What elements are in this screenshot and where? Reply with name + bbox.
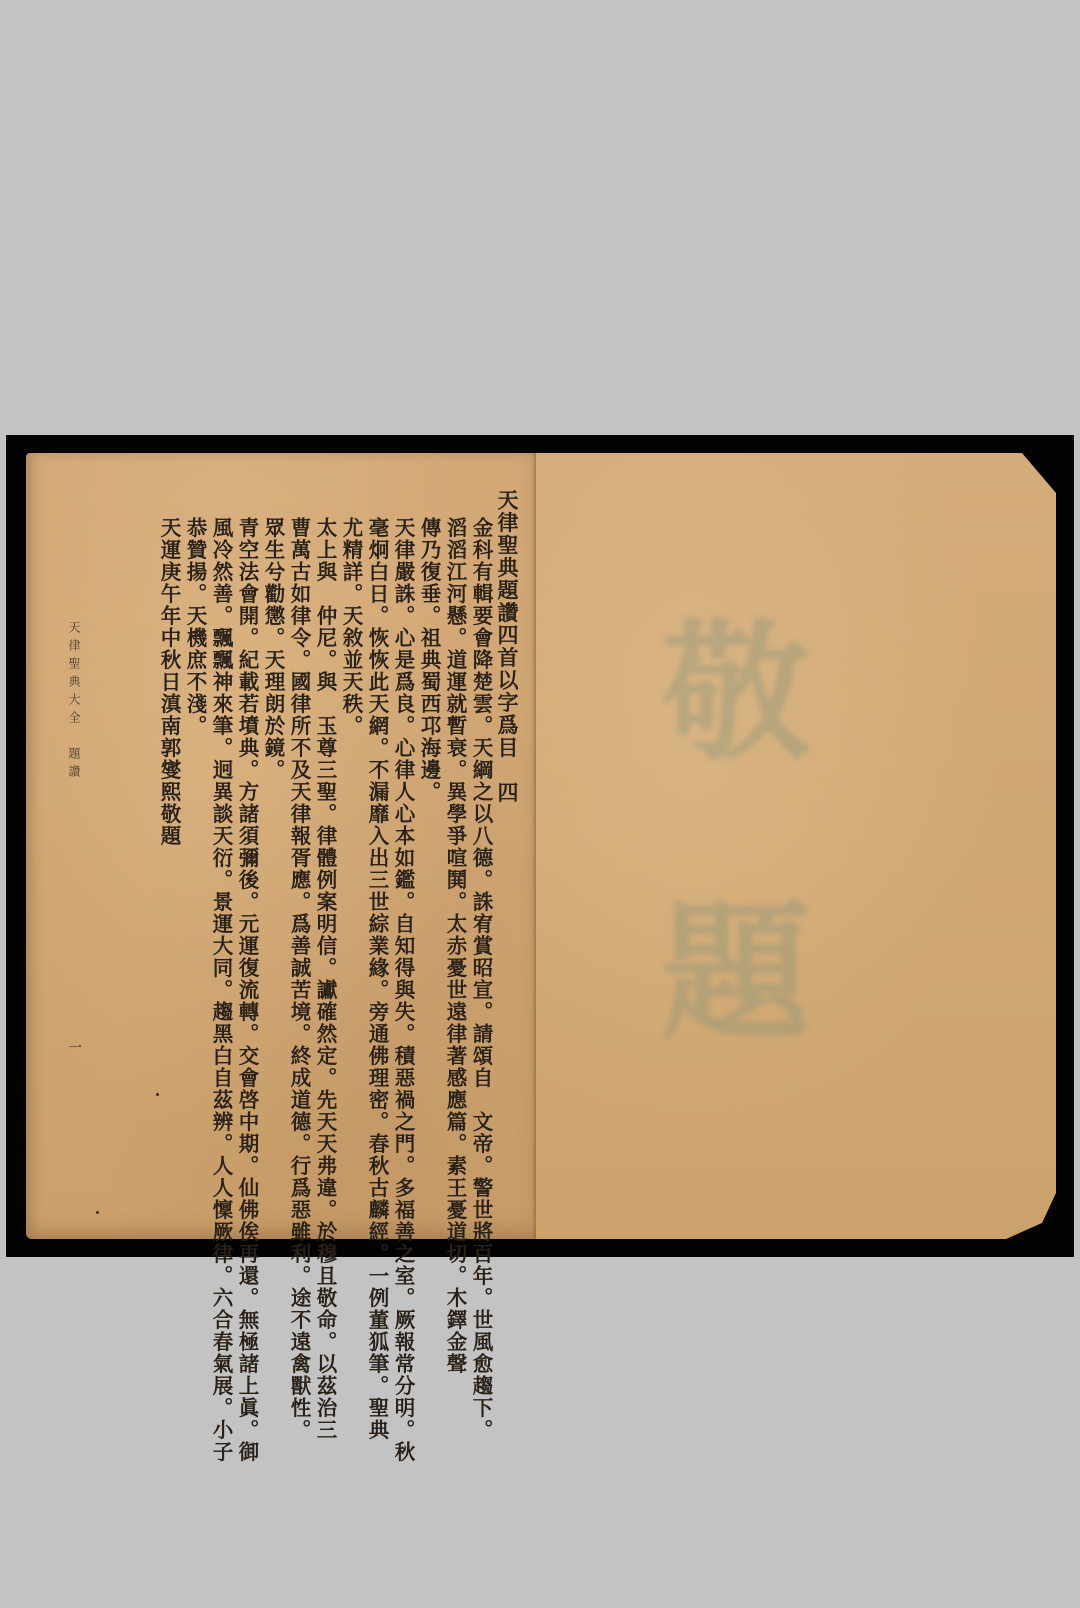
running-head: 天律聖典大全 題讚 bbox=[66, 621, 83, 783]
paper-blemish bbox=[156, 1093, 159, 1096]
text-column: 風冷然善。飄飄神來筆。迥異談天衍。景運大同。趨黑白自茲辨。人人懍厥律。六合春氣展… bbox=[208, 517, 234, 1463]
text-columns: 天律聖典題讚四首以字爲目 四 金科有輯要會降楚雲。天綱之以八德。誅宥賞昭宣。請頌… bbox=[156, 489, 520, 1463]
text-column: 滔滔江河懸。道運就暫衰。異學爭喧鬨。太赤憂世遠律著感應篇。素王憂道切。木鐸金聲 bbox=[442, 517, 468, 1463]
text-column: 青空法會開。紀載若墳典。方諸須彌後。元運復流轉。交會啓中期。仙佛俟再還。無極諸上… bbox=[234, 517, 260, 1463]
text-column: 天律嚴誅。心是爲良。心律人心本如鑑。自知得與失。積惡禍之門。多福善之室。厥報常分… bbox=[390, 517, 416, 1463]
text-column: 眾生兮勸懲。天理朗於鏡。 bbox=[260, 517, 286, 1463]
page-number: 一 bbox=[64, 1040, 84, 1054]
text-column: 太上與 仲尼。與 玉尊三聖。律體例案明信。讞確然定。先天天弗違。於穆且敬命。以茲… bbox=[312, 517, 338, 1463]
left-page: 天律聖典大全 題讚 一 天律聖典題讚四首以字爲目 四 金科有輯要會降楚雲。天綱之… bbox=[26, 453, 536, 1239]
text-column: 曹萬古如律令。國律所不及天律報胥應。爲善誠苦境。終成道德。行爲惡雖利。途不遠禽獸… bbox=[286, 517, 312, 1463]
open-book: 天律聖典大全 題讚 一 天律聖典題讚四首以字爲目 四 金科有輯要會降楚雲。天綱之… bbox=[26, 453, 1056, 1239]
bleed-char: 敬 bbox=[661, 618, 811, 768]
text-column: 尤精詳。天敘並天秩。 bbox=[338, 517, 364, 1463]
text-column: 毫炯白日。恢恢此天網。不漏靡入出三世綜業緣。旁通佛理密。春秋古麟經。一例董狐筆。… bbox=[364, 517, 390, 1463]
text-column: 傳乃復垂。祖典蜀西邛海邊。 bbox=[416, 517, 442, 1463]
text-column: 恭贊揚。天機庶不淺。 bbox=[182, 517, 208, 1463]
signature-column: 天運庚午年中秋日滇南郭燮熙敬題 bbox=[156, 517, 182, 1463]
title-note: 以字爲目 四 bbox=[495, 669, 520, 804]
poem-title: 天律聖典題讚四首以字爲目 四 bbox=[494, 489, 520, 1463]
bleed-through-characters: 敬 題 bbox=[656, 553, 816, 1113]
paper-blemish bbox=[96, 1211, 99, 1214]
right-page: 敬 題 bbox=[536, 453, 1056, 1239]
bleed-char: 題 bbox=[661, 898, 811, 1048]
text-column: 金科有輯要會降楚雲。天綱之以八德。誅宥賞昭宣。請頌自 文帝。警世將百年。世風愈趨… bbox=[468, 517, 494, 1463]
title-text: 天律聖典題讚四首 bbox=[495, 489, 520, 669]
